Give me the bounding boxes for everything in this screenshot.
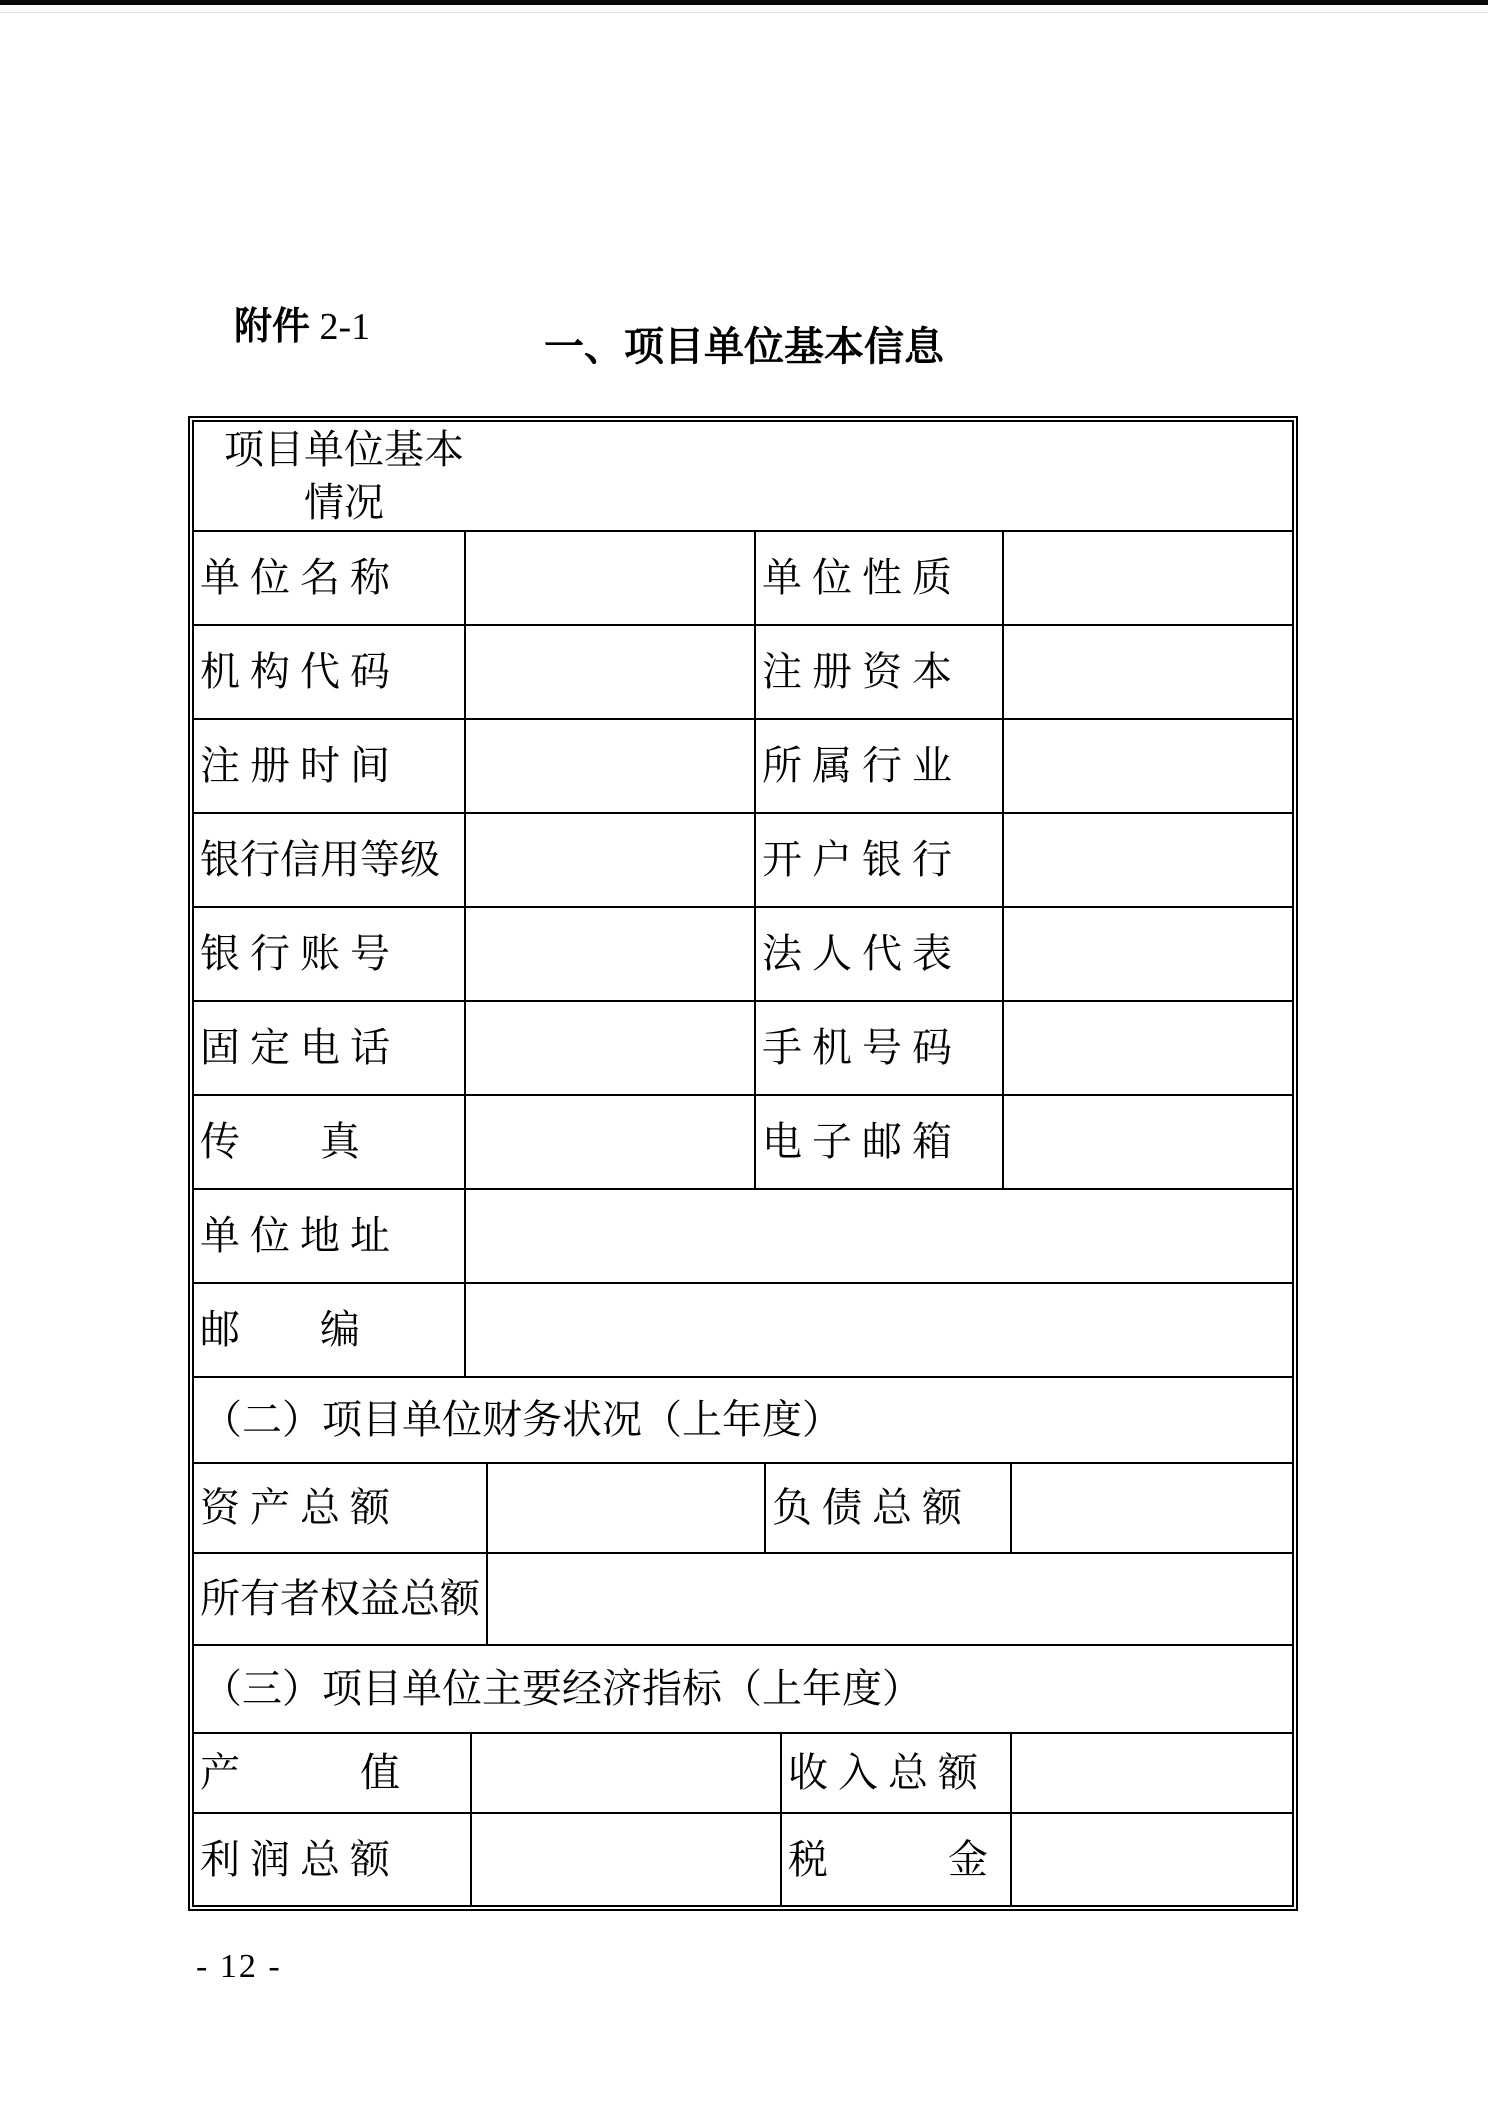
field-label-mobile-phone: 手 机 号 码 <box>756 1002 1004 1094</box>
table-row-registration-date: 注 册 时 间 所 属 行 业 <box>194 720 1292 814</box>
field-value-registration-date[interactable] <box>466 720 756 812</box>
field-value-unit-nature[interactable] <box>1004 532 1292 624</box>
table-header-cell: 项目单位基本情况 <box>194 422 1292 530</box>
field-value-mobile-phone[interactable] <box>1004 1002 1292 1094</box>
field-label-landline-phone: 固 定 电 话 <box>194 1002 466 1094</box>
field-label-org-code: 机 构 代 码 <box>194 626 466 718</box>
field-value-email[interactable] <box>1004 1096 1292 1188</box>
table-row-finance-section: （二）项目单位财务状况（上年度） <box>194 1378 1292 1464</box>
field-value-legal-representative[interactable] <box>1004 908 1292 1000</box>
page-top-border <box>0 0 1488 5</box>
field-label-total-profit: 利 润 总 额 <box>194 1814 472 1905</box>
field-value-total-profit[interactable] <box>472 1814 782 1905</box>
page-title: 一、项目单位基本信息 <box>0 324 1488 370</box>
field-value-fax[interactable] <box>466 1096 756 1188</box>
field-value-total-revenue[interactable] <box>1012 1734 1292 1812</box>
table-row-economic-section: （三）项目单位主要经济指标（上年度） <box>194 1646 1292 1734</box>
field-value-unit-name[interactable] <box>466 532 756 624</box>
finance-section-title: （二）项目单位财务状况（上年度） <box>194 1378 1292 1462</box>
field-label-tax: 税 金 <box>782 1814 1012 1905</box>
page-number: - 12 - <box>196 1948 282 1986</box>
field-value-org-code[interactable] <box>466 626 756 718</box>
table-row-bank-account: 银 行 账 号 法 人 代 表 <box>194 908 1292 1002</box>
field-value-opening-bank[interactable] <box>1004 814 1292 906</box>
field-label-output-value: 产 值 <box>194 1734 472 1812</box>
table-row-owners-equity: 所有者权益总额 <box>194 1554 1292 1646</box>
field-value-industry[interactable] <box>1004 720 1292 812</box>
table-row-fax: 传 真 电 子 邮 箱 <box>194 1096 1292 1190</box>
field-label-registered-capital: 注 册 资 本 <box>756 626 1004 718</box>
table-row-bank-credit: 银行信用等级 开 户 银 行 <box>194 814 1292 908</box>
table-row-address: 单 位 地 址 <box>194 1190 1292 1284</box>
table-row-unit-name: 单 位 名 称 单 位 性 质 <box>194 532 1292 626</box>
field-value-total-liabilities[interactable] <box>1012 1464 1292 1552</box>
field-label-total-revenue: 收 入 总 额 <box>782 1734 1012 1812</box>
document-page: 附件 2-1 一、项目单位基本信息 项目单位基本情况 单 位 名 称 单 位 性… <box>0 0 1488 2104</box>
field-value-output-value[interactable] <box>472 1734 782 1812</box>
field-label-industry: 所 属 行 业 <box>756 720 1004 812</box>
field-label-total-liabilities: 负 债 总 额 <box>766 1464 1012 1552</box>
field-label-email: 电 子 邮 箱 <box>756 1096 1004 1188</box>
field-value-landline-phone[interactable] <box>466 1002 756 1094</box>
project-unit-info-table: 项目单位基本情况 单 位 名 称 单 位 性 质 机 构 代 码 注 册 资 本… <box>188 416 1298 1911</box>
table-row-landline: 固 定 电 话 手 机 号 码 <box>194 1002 1292 1096</box>
field-value-bank-credit-rating[interactable] <box>466 814 756 906</box>
economic-section-title: （三）项目单位主要经济指标（上年度） <box>194 1646 1292 1732</box>
table-header-text: 项目单位基本情况 <box>218 423 470 529</box>
page-top-hairline <box>0 12 1488 13</box>
field-label-owners-equity: 所有者权益总额 <box>194 1554 488 1644</box>
table-row-header: 项目单位基本情况 <box>194 422 1292 532</box>
field-value-bank-account[interactable] <box>466 908 756 1000</box>
field-value-registered-capital[interactable] <box>1004 626 1292 718</box>
field-label-postal-code: 邮 编 <box>194 1284 466 1376</box>
field-value-total-assets[interactable] <box>488 1464 766 1552</box>
field-label-unit-name: 单 位 名 称 <box>194 532 466 624</box>
table-row-postal-code: 邮 编 <box>194 1284 1292 1378</box>
field-label-unit-nature: 单 位 性 质 <box>756 532 1004 624</box>
field-value-address[interactable] <box>466 1190 1292 1282</box>
field-label-total-assets: 资 产 总 额 <box>194 1464 488 1552</box>
field-label-opening-bank: 开 户 银 行 <box>756 814 1004 906</box>
field-label-bank-account: 银 行 账 号 <box>194 908 466 1000</box>
field-label-registration-date: 注 册 时 间 <box>194 720 466 812</box>
field-label-address: 单 位 地 址 <box>194 1190 466 1282</box>
field-label-fax: 传 真 <box>194 1096 466 1188</box>
field-value-tax[interactable] <box>1012 1814 1292 1905</box>
field-label-legal-representative: 法 人 代 表 <box>756 908 1004 1000</box>
table-row-org-code: 机 构 代 码 注 册 资 本 <box>194 626 1292 720</box>
field-value-postal-code[interactable] <box>466 1284 1292 1376</box>
table-row-assets: 资 产 总 额 负 债 总 额 <box>194 1464 1292 1554</box>
table-row-total-profit: 利 润 总 额 税 金 <box>194 1814 1292 1905</box>
table-row-output-value: 产 值 收 入 总 额 <box>194 1734 1292 1814</box>
field-value-owners-equity[interactable] <box>488 1554 1292 1644</box>
field-label-bank-credit-rating: 银行信用等级 <box>194 814 466 906</box>
